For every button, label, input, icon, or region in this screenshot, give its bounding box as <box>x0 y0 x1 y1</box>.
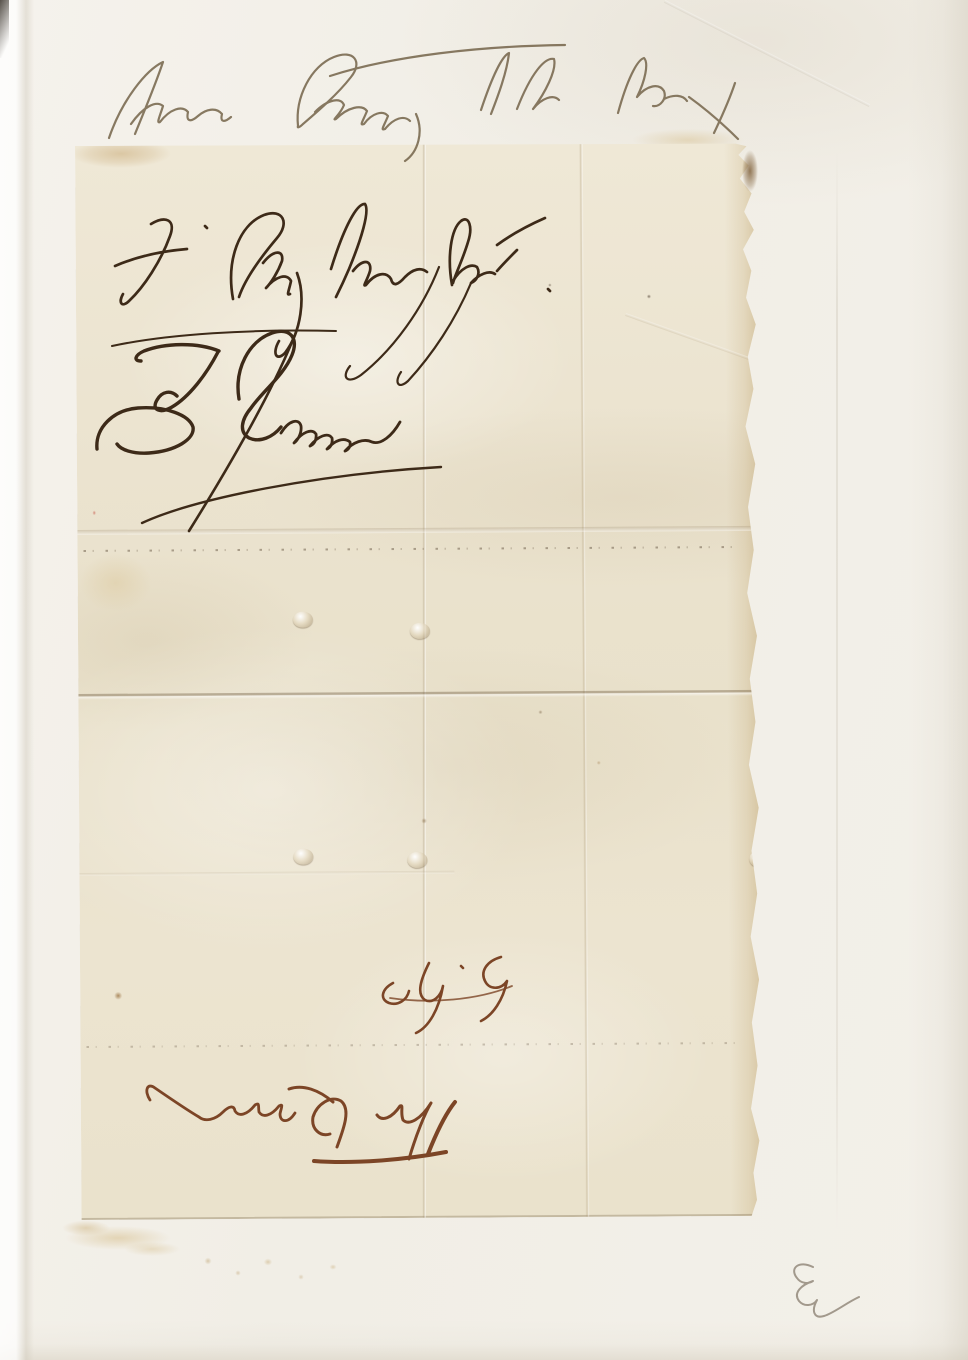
scanned-letter-photo: from Despatch box Sir George Grey Bart. … <box>0 0 968 1360</box>
letter-paper <box>75 142 763 1220</box>
torn-edge-stain <box>742 150 758 192</box>
paper-speckles <box>75 142 763 1220</box>
